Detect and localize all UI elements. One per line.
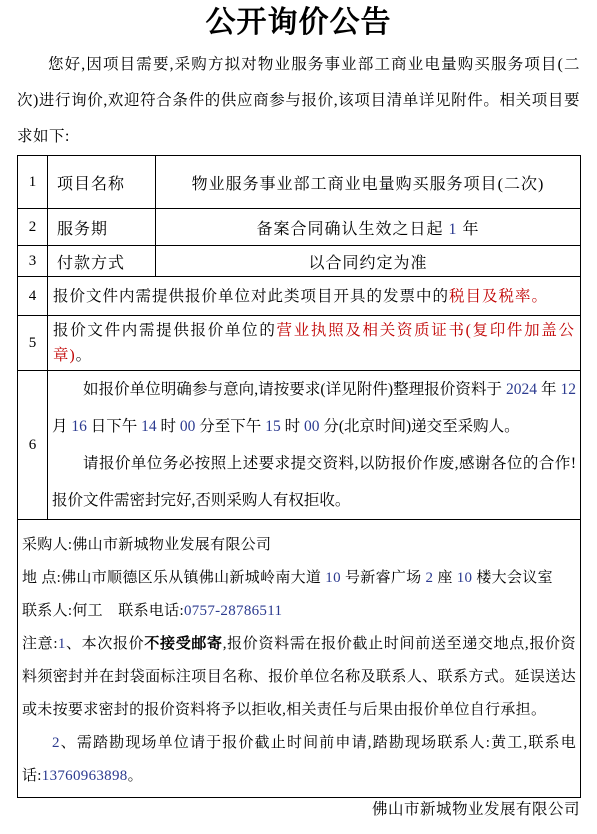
intro-paragraph: 您好,因项目需要,采购方拟对物业服务事业部工商业电量购买服务项目(二次)进行询价…	[17, 47, 580, 155]
row-label-payment-method: 付款方式	[48, 246, 156, 277]
document-page: 公开询价公告 您好,因项目需要,采购方拟对物业服务事业部工商业电量购买服务项目(…	[0, 0, 597, 834]
row-label-service-period: 服务期	[48, 209, 156, 246]
paragraph: 联系人:何工 联系电话:0757-28786511	[22, 595, 576, 628]
page-title: 公开询价公告	[0, 4, 597, 42]
table-row-5: 5 报价文件内需提供报价单位的营业执照及相关资质证书(复印件加盖公章)。	[18, 316, 581, 371]
paragraph: 地 点:佛山市顺德区乐从镇佛山新城岭南大道 10 号新睿广场 2 座 10 楼大…	[22, 562, 576, 595]
requirement-business-license: 报价文件内需提供报价单位的营业执照及相关资质证书(复印件加盖公章)。	[48, 316, 581, 371]
row-number: 1	[18, 156, 48, 209]
table-row-4: 4 报价文件内需提供报价单位对此类项目开具的发票中的税目及税率。	[18, 277, 581, 316]
requirement-submission-instructions: 如报价单位明确参与意向,请按要求(详见附件)整理报价资料于 2024 年 12 …	[48, 371, 581, 520]
requirement-tax-items: 报价文件内需提供报价单位对此类项目开具的发票中的税目及税率。	[48, 277, 581, 316]
row-label-project-name: 项目名称	[48, 156, 156, 209]
paragraph: 注意:1、本次报价不接受邮寄,报价资料需在报价截止时间前送至递交地点,报价资料须…	[22, 628, 576, 727]
row-number: 3	[18, 246, 48, 277]
table-row-2: 2 服务期 备案合同确认生效之日起 1 年	[18, 209, 581, 246]
row-number: 5	[18, 316, 48, 371]
row-value-payment-method: 以合同约定为准	[156, 246, 581, 277]
table-row-1: 1 项目名称 物业服务事业部工商业电量购买服务项目(二次)	[18, 156, 581, 209]
row-number: 6	[18, 371, 48, 520]
row-number: 2	[18, 209, 48, 246]
requirements-table: 1 项目名称 物业服务事业部工商业电量购买服务项目(二次) 2 服务期 备案合同…	[17, 155, 581, 798]
row-number: 4	[18, 277, 48, 316]
table-row-6: 6 如报价单位明确参与意向,请按要求(详见附件)整理报价资料于 2024 年 1…	[18, 371, 581, 520]
paragraph: 2、需踏勘现场单位请于报价截止时间前申请,踏勘现场联系人:黄工,联系电话:137…	[22, 727, 576, 793]
table-row-purchaser-info: 采购人:佛山市新城物业发展有限公司地 点:佛山市顺德区乐从镇佛山新城岭南大道 1…	[18, 520, 581, 798]
footer-company: 佛山市新城物业发展有限公司	[372, 797, 580, 819]
purchaser-info-box: 采购人:佛山市新城物业发展有限公司地 点:佛山市顺德区乐从镇佛山新城岭南大道 1…	[18, 520, 581, 798]
paragraph: 如报价单位明确参与意向,请按要求(详见附件)整理报价资料于 2024 年 12 …	[52, 371, 576, 445]
paragraph: 请报价单位务必按照上述要求提交资料,以防报价作废,感谢各位的合作!报价文件需密封…	[52, 445, 576, 519]
paragraph: 采购人:佛山市新城物业发展有限公司	[22, 529, 576, 562]
row-value-service-period: 备案合同确认生效之日起 1 年	[156, 209, 581, 246]
table-row-3: 3 付款方式 以合同约定为准	[18, 246, 581, 277]
row-value-project-name: 物业服务事业部工商业电量购买服务项目(二次)	[156, 156, 581, 209]
